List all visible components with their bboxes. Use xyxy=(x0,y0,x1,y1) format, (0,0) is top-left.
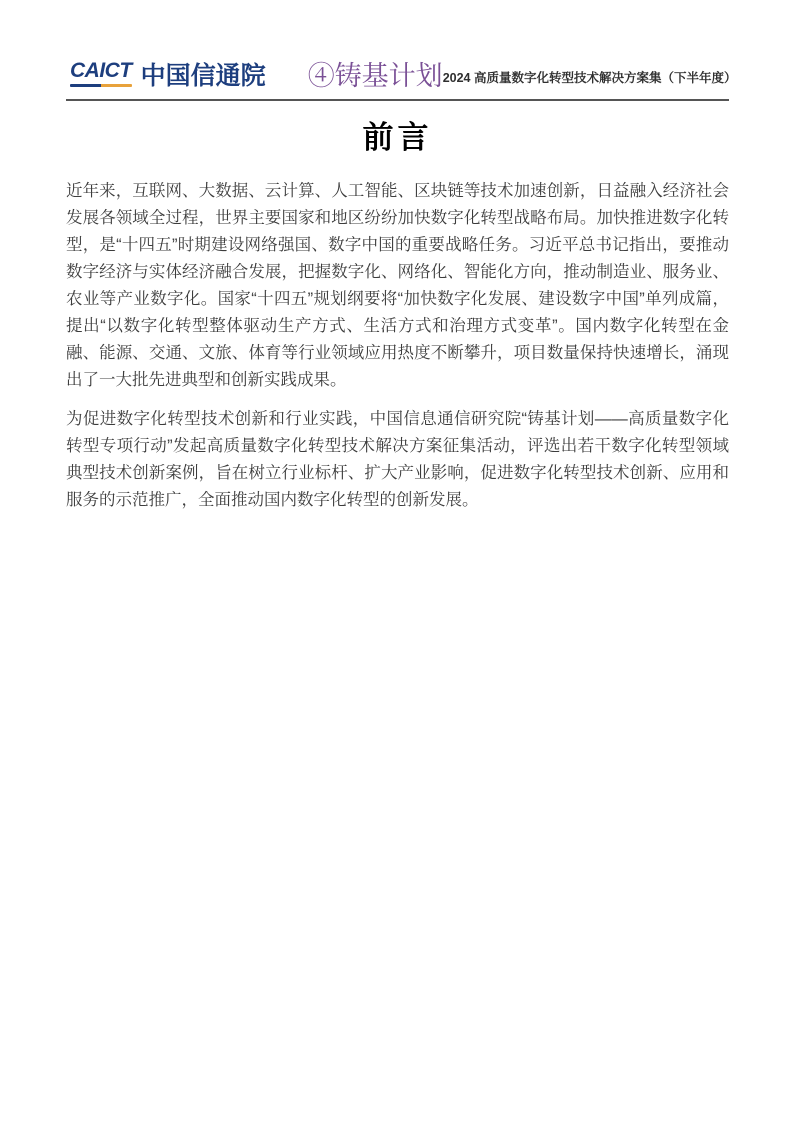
preface-paragraph-1: 近年来，互联网、大数据、云计算、人工智能、区块链等技术加速创新，日益融入经济社会… xyxy=(66,178,729,394)
preface-paragraph-2: 为促进数字化转型技术创新和行业实践，中国信息通信研究院“铸基计划——高质量数字化… xyxy=(66,406,729,514)
caict-logo: CAICT 中国信通院 xyxy=(70,60,266,87)
preface-content: 近年来，互联网、大数据、云计算、人工智能、区块链等技术加速创新，日益融入经济社会… xyxy=(66,178,729,514)
header-divider xyxy=(66,99,729,101)
caict-acronym: CAICT xyxy=(70,60,132,84)
header-doc-title: 2024 高质量数字化转型技术解决方案集（下半年度） xyxy=(443,68,737,86)
caict-wordmark-icon: CAICT xyxy=(70,60,132,87)
zhuji-plan-logo: ④铸基计划 xyxy=(308,63,443,90)
caict-underline-icon xyxy=(70,84,132,87)
page-title: 前言 xyxy=(66,119,729,156)
document-page: CAICT 中国信通院 ④铸基计划 2024 高质量数字化转型技术解决方案集（下… xyxy=(0,0,793,1122)
caict-cn-name: 中国信通院 xyxy=(141,64,266,89)
page-header: CAICT 中国信通院 ④铸基计划 2024 高质量数字化转型技术解决方案集（下… xyxy=(66,60,729,93)
